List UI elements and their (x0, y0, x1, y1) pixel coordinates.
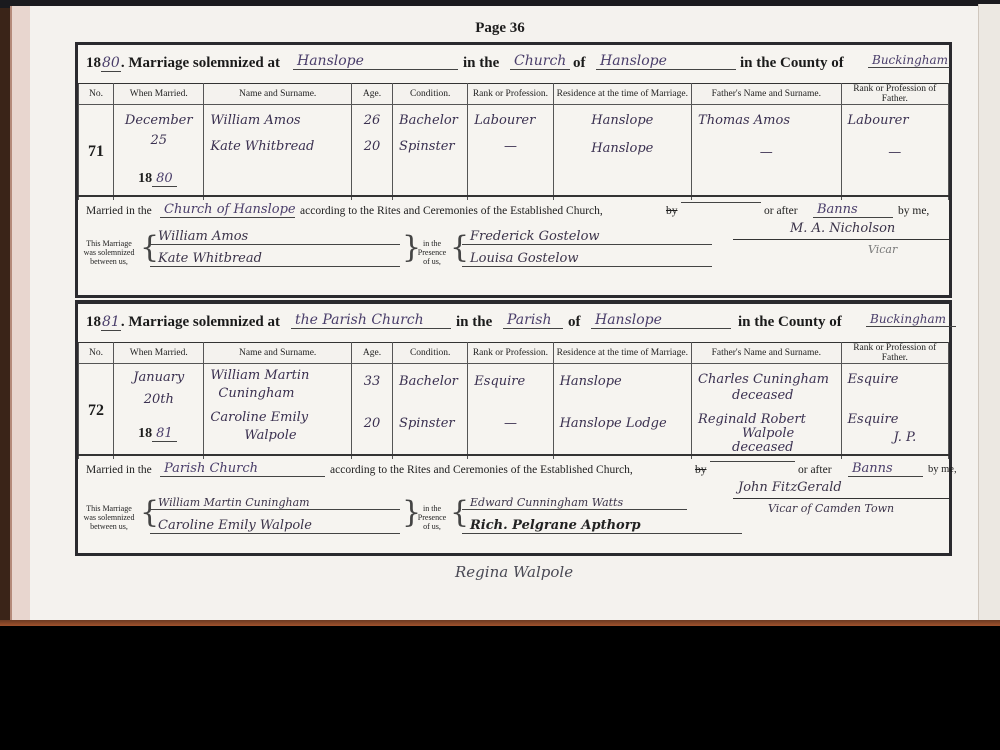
after-field: Banns (848, 461, 923, 477)
bride-name: Caroline Emily (210, 410, 308, 425)
county-label: in the County of (738, 314, 842, 331)
by-me-label: by me, (928, 464, 957, 475)
officiant-signature: M. A. Nicholson (790, 221, 895, 236)
officiant-title: Vicar (868, 243, 897, 256)
in-the-label: in the (463, 55, 499, 72)
col-condition: Condition. (393, 84, 468, 105)
profession-cell: Esquire — (468, 364, 553, 459)
table-row: 71 December 25 1880 William Amos Kate Wh… (79, 105, 949, 200)
bride-residence: Hanslope Lodge (560, 416, 667, 431)
entry-title: 1880. Marriage solemnized at Hanslope in… (78, 45, 949, 83)
date-day: 25 (114, 133, 203, 148)
title-text: . Marriage solemnized at (121, 314, 280, 330)
bride-age: 20 (352, 139, 392, 154)
date-year-prefix: 18 (138, 426, 152, 441)
presence-label: in the Presence of us, (416, 239, 448, 266)
table-row: 72 January 20th 1881 William Martin Cuni… (79, 364, 949, 459)
col-age: Age. (351, 84, 392, 105)
date-month: January (114, 370, 203, 385)
bride-father-profession: — (842, 145, 948, 160)
groom-age: 33 (352, 374, 392, 389)
witness-1: Edward Cunningham Watts (462, 496, 687, 510)
year-prefix: 18 (86, 314, 101, 330)
date-day: 20th (114, 392, 203, 407)
presence-label: in the Presence of us, (416, 504, 448, 531)
groom-father-name: Thomas Amos (698, 113, 790, 128)
col-name: Name and Surname. (204, 343, 352, 364)
bride-profession: — (468, 416, 552, 431)
by-field (681, 202, 761, 203)
bride-father-surname: Walpole (742, 426, 794, 441)
county-field: Buckingham (866, 312, 956, 327)
year-suffix: 81 (101, 314, 121, 331)
when-married-cell: January 20th 1881 (114, 364, 204, 459)
solemnized-label: This Marriage was solemnized between us, (78, 504, 140, 531)
col-father-name: Father's Name and Surname. (692, 343, 842, 364)
col-condition: Condition. (393, 343, 468, 364)
groom-residence: Hanslope (554, 113, 691, 128)
col-no: No. (79, 84, 114, 105)
bride-father-status: deceased (732, 440, 793, 455)
page-number: Page 36 (0, 20, 1000, 37)
residence-cell: Hanslope Hanslope Lodge (553, 364, 691, 459)
officiant-title: Vicar of Camden Town (768, 502, 894, 515)
bride-residence: Hanslope (554, 141, 691, 156)
after-field: Banns (813, 202, 893, 218)
column-headers: No. When Married. Name and Surname. Age.… (79, 84, 949, 105)
groom-father-profession: Labourer (848, 113, 909, 128)
groom-condition: Bachelor (399, 113, 458, 128)
groom-residence: Hanslope (560, 374, 622, 389)
condition-cell: Bachelor Spinster (393, 364, 468, 459)
of-label: of (568, 314, 581, 331)
entry-number: 71 (79, 105, 114, 200)
county-field: Buckingham (868, 53, 950, 68)
extra-witness-signature: Regina Walpole (455, 563, 573, 581)
county-label: in the County of (740, 55, 844, 72)
parish-field: Hanslope (596, 53, 736, 70)
in-the-label: in the (456, 314, 492, 331)
by-label: by (695, 464, 707, 476)
place-field: Hanslope (293, 53, 458, 70)
col-age: Age. (351, 343, 392, 364)
father-name-cell: Charles Cuningham deceased Reginald Robe… (692, 364, 842, 459)
residence-cell: Hanslope Hanslope (553, 105, 691, 200)
age-cell: 26 20 (351, 105, 392, 200)
witness-1: Frederick Gostelow (462, 229, 712, 245)
witness-2: Louisa Gostelow (462, 251, 712, 267)
col-father-name: Father's Name and Surname. (692, 84, 842, 105)
place-field: the Parish Church (291, 312, 451, 329)
col-father-profession: Rank or Profession of Father. (841, 343, 948, 364)
by-me-label: by me, (898, 205, 929, 217)
married-in-field: Church of Hanslope (160, 202, 295, 218)
married-in-label: Married in the (86, 464, 152, 476)
building-field: Parish (503, 312, 563, 329)
entry-title: 1881. Marriage solemnized at the Parish … (78, 304, 949, 342)
bride-condition: Spinster (399, 416, 455, 431)
bride-name: Kate Whitbread (210, 139, 314, 154)
bride-father-title: J. P. (894, 430, 917, 445)
name-cell: William Amos Kate Whitbread (204, 105, 352, 200)
groom-condition: Bachelor (399, 374, 458, 389)
groom-father-status: deceased (732, 388, 793, 403)
father-name-cell: Thomas Amos — (692, 105, 842, 200)
bride-surname: Walpole (244, 428, 296, 443)
groom-age: 26 (352, 113, 392, 128)
bride-father-name: — (692, 145, 841, 160)
groom-profession: Labourer (474, 113, 535, 128)
marriage-entry-72: 1881. Marriage solemnized at the Parish … (75, 300, 952, 556)
officiant-signature: John FitzGerald (738, 480, 842, 495)
when-married-cell: December 25 1880 (114, 105, 204, 200)
father-profession-cell: Labourer — (841, 105, 948, 200)
year-prefix: 18 (86, 55, 101, 71)
groom-signature: William Amos (150, 229, 400, 245)
column-headers: No. When Married. Name and Surname. Age.… (79, 343, 949, 364)
col-when-married: When Married. (114, 343, 204, 364)
year-suffix: 80 (101, 55, 121, 72)
officiant-rule (733, 239, 949, 240)
groom-name: William Martin (210, 368, 309, 383)
building-field: Church (510, 53, 570, 70)
witness-2: Rich. Pelgrane Apthorp (462, 518, 742, 534)
signatures-area: This Marriage was solemnized between us,… (78, 484, 949, 554)
col-father-profession: Rank or Profession of Father. (841, 84, 948, 105)
groom-father-profession: Esquire (848, 372, 899, 387)
title-text: . Marriage solemnized at (121, 55, 280, 71)
married-in-label: Married in the (86, 205, 152, 217)
col-profession: Rank or Profession. (468, 343, 553, 364)
col-residence: Residence at the time of Marriage. (553, 84, 691, 105)
book-bottom-edge (0, 620, 1000, 626)
col-profession: Rank or Profession. (468, 84, 553, 105)
bride-condition: Spinster (399, 139, 455, 154)
entry-number: 72 (79, 364, 114, 459)
rites-text: according to the Rites and Ceremonies of… (300, 205, 603, 217)
officiant-rule (733, 498, 949, 499)
by-field (710, 461, 795, 462)
bride-signature: Caroline Emily Walpole (150, 518, 400, 534)
groom-signature: William Martin Cuningham (150, 496, 400, 510)
or-after-label: or after (798, 464, 832, 476)
bride-father-name: Reginald Robert (698, 412, 806, 427)
parish-field: Hanslope (591, 312, 731, 329)
married-in-field: Parish Church (160, 461, 325, 477)
bride-age: 20 (352, 416, 392, 431)
entry-table: No. When Married. Name and Surname. Age.… (78, 342, 949, 459)
groom-profession: Esquire (474, 374, 525, 389)
bride-father-profession: Esquire (848, 412, 899, 427)
date-year-suffix: 80 (152, 171, 177, 187)
page-stack-right (978, 4, 1000, 622)
profession-cell: Labourer — (468, 105, 553, 200)
signatures-area: This Marriage was solemnized between us,… (78, 225, 949, 295)
bride-profession: — (468, 139, 552, 154)
groom-name: William Amos (210, 113, 300, 128)
solemnized-label: This Marriage was solemnized between us, (78, 239, 140, 266)
col-no: No. (79, 343, 114, 364)
groom-surname: Cuningham (218, 386, 294, 401)
age-cell: 33 20 (351, 364, 392, 459)
groom-father-name: Charles Cuningham (698, 372, 829, 387)
col-residence: Residence at the time of Marriage. (553, 343, 691, 364)
rites-text: according to the Rites and Ceremonies of… (330, 464, 633, 476)
marriage-entry-71: 1880. Marriage solemnized at Hanslope in… (75, 42, 952, 298)
father-profession-cell: Esquire Esquire J. P. (841, 364, 948, 459)
condition-cell: Bachelor Spinster (393, 105, 468, 200)
entry-table: No. When Married. Name and Surname. Age.… (78, 83, 949, 200)
col-when-married: When Married. (114, 84, 204, 105)
date-month: December (114, 113, 203, 128)
date-year-prefix: 18 (138, 171, 152, 186)
col-name: Name and Surname. (204, 84, 352, 105)
name-cell: William Martin Cuningham Caroline Emily … (204, 364, 352, 459)
by-label: by (666, 205, 678, 217)
or-after-label: or after (764, 205, 798, 217)
of-label: of (573, 55, 586, 72)
bride-signature: Kate Whitbread (150, 251, 400, 267)
date-year-suffix: 81 (152, 426, 177, 442)
page-stack-left (10, 6, 32, 620)
